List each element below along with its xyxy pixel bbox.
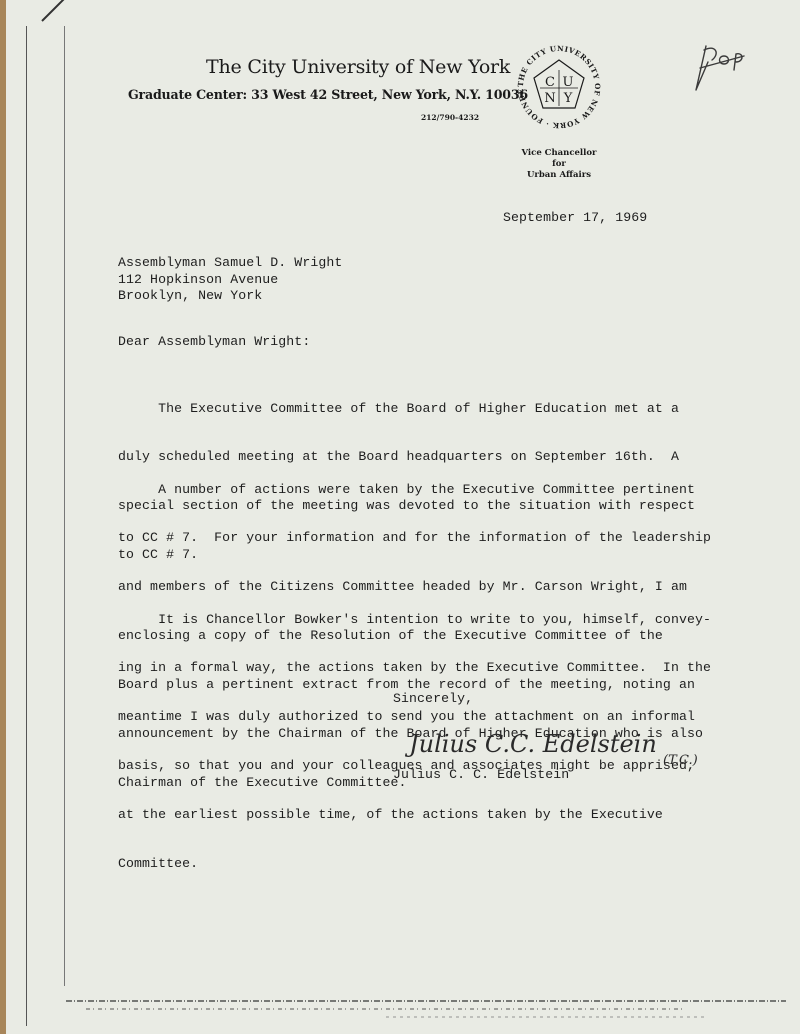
body-line: to CC # 7. For your information and for …	[118, 530, 718, 546]
closing: Sincerely,	[393, 691, 473, 706]
letter-date: September 17, 1969	[503, 210, 647, 225]
body-line: The Executive Committee of the Board of …	[118, 401, 718, 417]
recipient-line: Brooklyn, New York	[118, 288, 342, 305]
institution-phone: 212/790-4232	[421, 113, 479, 122]
recipient-block: Assemblyman Samuel D. Wright 112 Hopkins…	[118, 255, 342, 305]
scan-noise-footer	[66, 995, 786, 1025]
office-line: Urban Affairs	[514, 170, 604, 181]
body-line: A number of actions were taken by the Ex…	[118, 482, 718, 498]
svg-text:THE CITY UNIVERSITY OF NEW YOR: THE CITY UNIVERSITY OF NEW YORK · FOUNDE…	[514, 42, 602, 130]
body-line: at the earliest possible time, of the ac…	[118, 807, 718, 823]
recipient-line: 112 Hopkinson Avenue	[118, 272, 342, 289]
salutation: Dear Assemblyman Wright:	[118, 334, 310, 349]
svg-text:Julius C.C. Edelstein: Julius C.C. Edelstein	[404, 730, 657, 758]
office-title: Vice Chancellor for Urban Affairs	[514, 148, 604, 181]
margin-line	[64, 26, 65, 986]
svg-text:C: C	[545, 75, 555, 90]
body-line: It is Chancellor Bowker's intention to w…	[118, 612, 718, 628]
institution-address: Graduate Center: 33 West 42 Street, New …	[128, 87, 528, 102]
typed-signature-name: Julius C. C. Edelstein	[393, 767, 569, 782]
institution-name: The City University of New York	[206, 56, 510, 78]
office-line: Vice Chancellor for	[514, 148, 604, 170]
letter-page: The City University of New York Graduate…	[6, 0, 800, 1034]
pen-mark	[41, 0, 68, 22]
svg-text:(T.C.): (T.C.)	[663, 753, 698, 768]
svg-text:N: N	[544, 91, 555, 106]
recipient-line: Assemblyman Samuel D. Wright	[118, 255, 342, 272]
body-line: ing in a formal way, the actions taken b…	[118, 660, 718, 676]
svg-text:U: U	[563, 75, 574, 90]
cuny-seal-icon: THE CITY UNIVERSITY OF NEW YORK · FOUNDE…	[514, 42, 604, 132]
handwritten-signature: Julius C.C. Edelstein (T.C.)	[401, 720, 731, 770]
margin-line	[26, 26, 27, 1026]
svg-text:Y: Y	[563, 91, 573, 106]
handwritten-note-icon	[686, 40, 756, 100]
body-line: Committee.	[118, 856, 718, 872]
